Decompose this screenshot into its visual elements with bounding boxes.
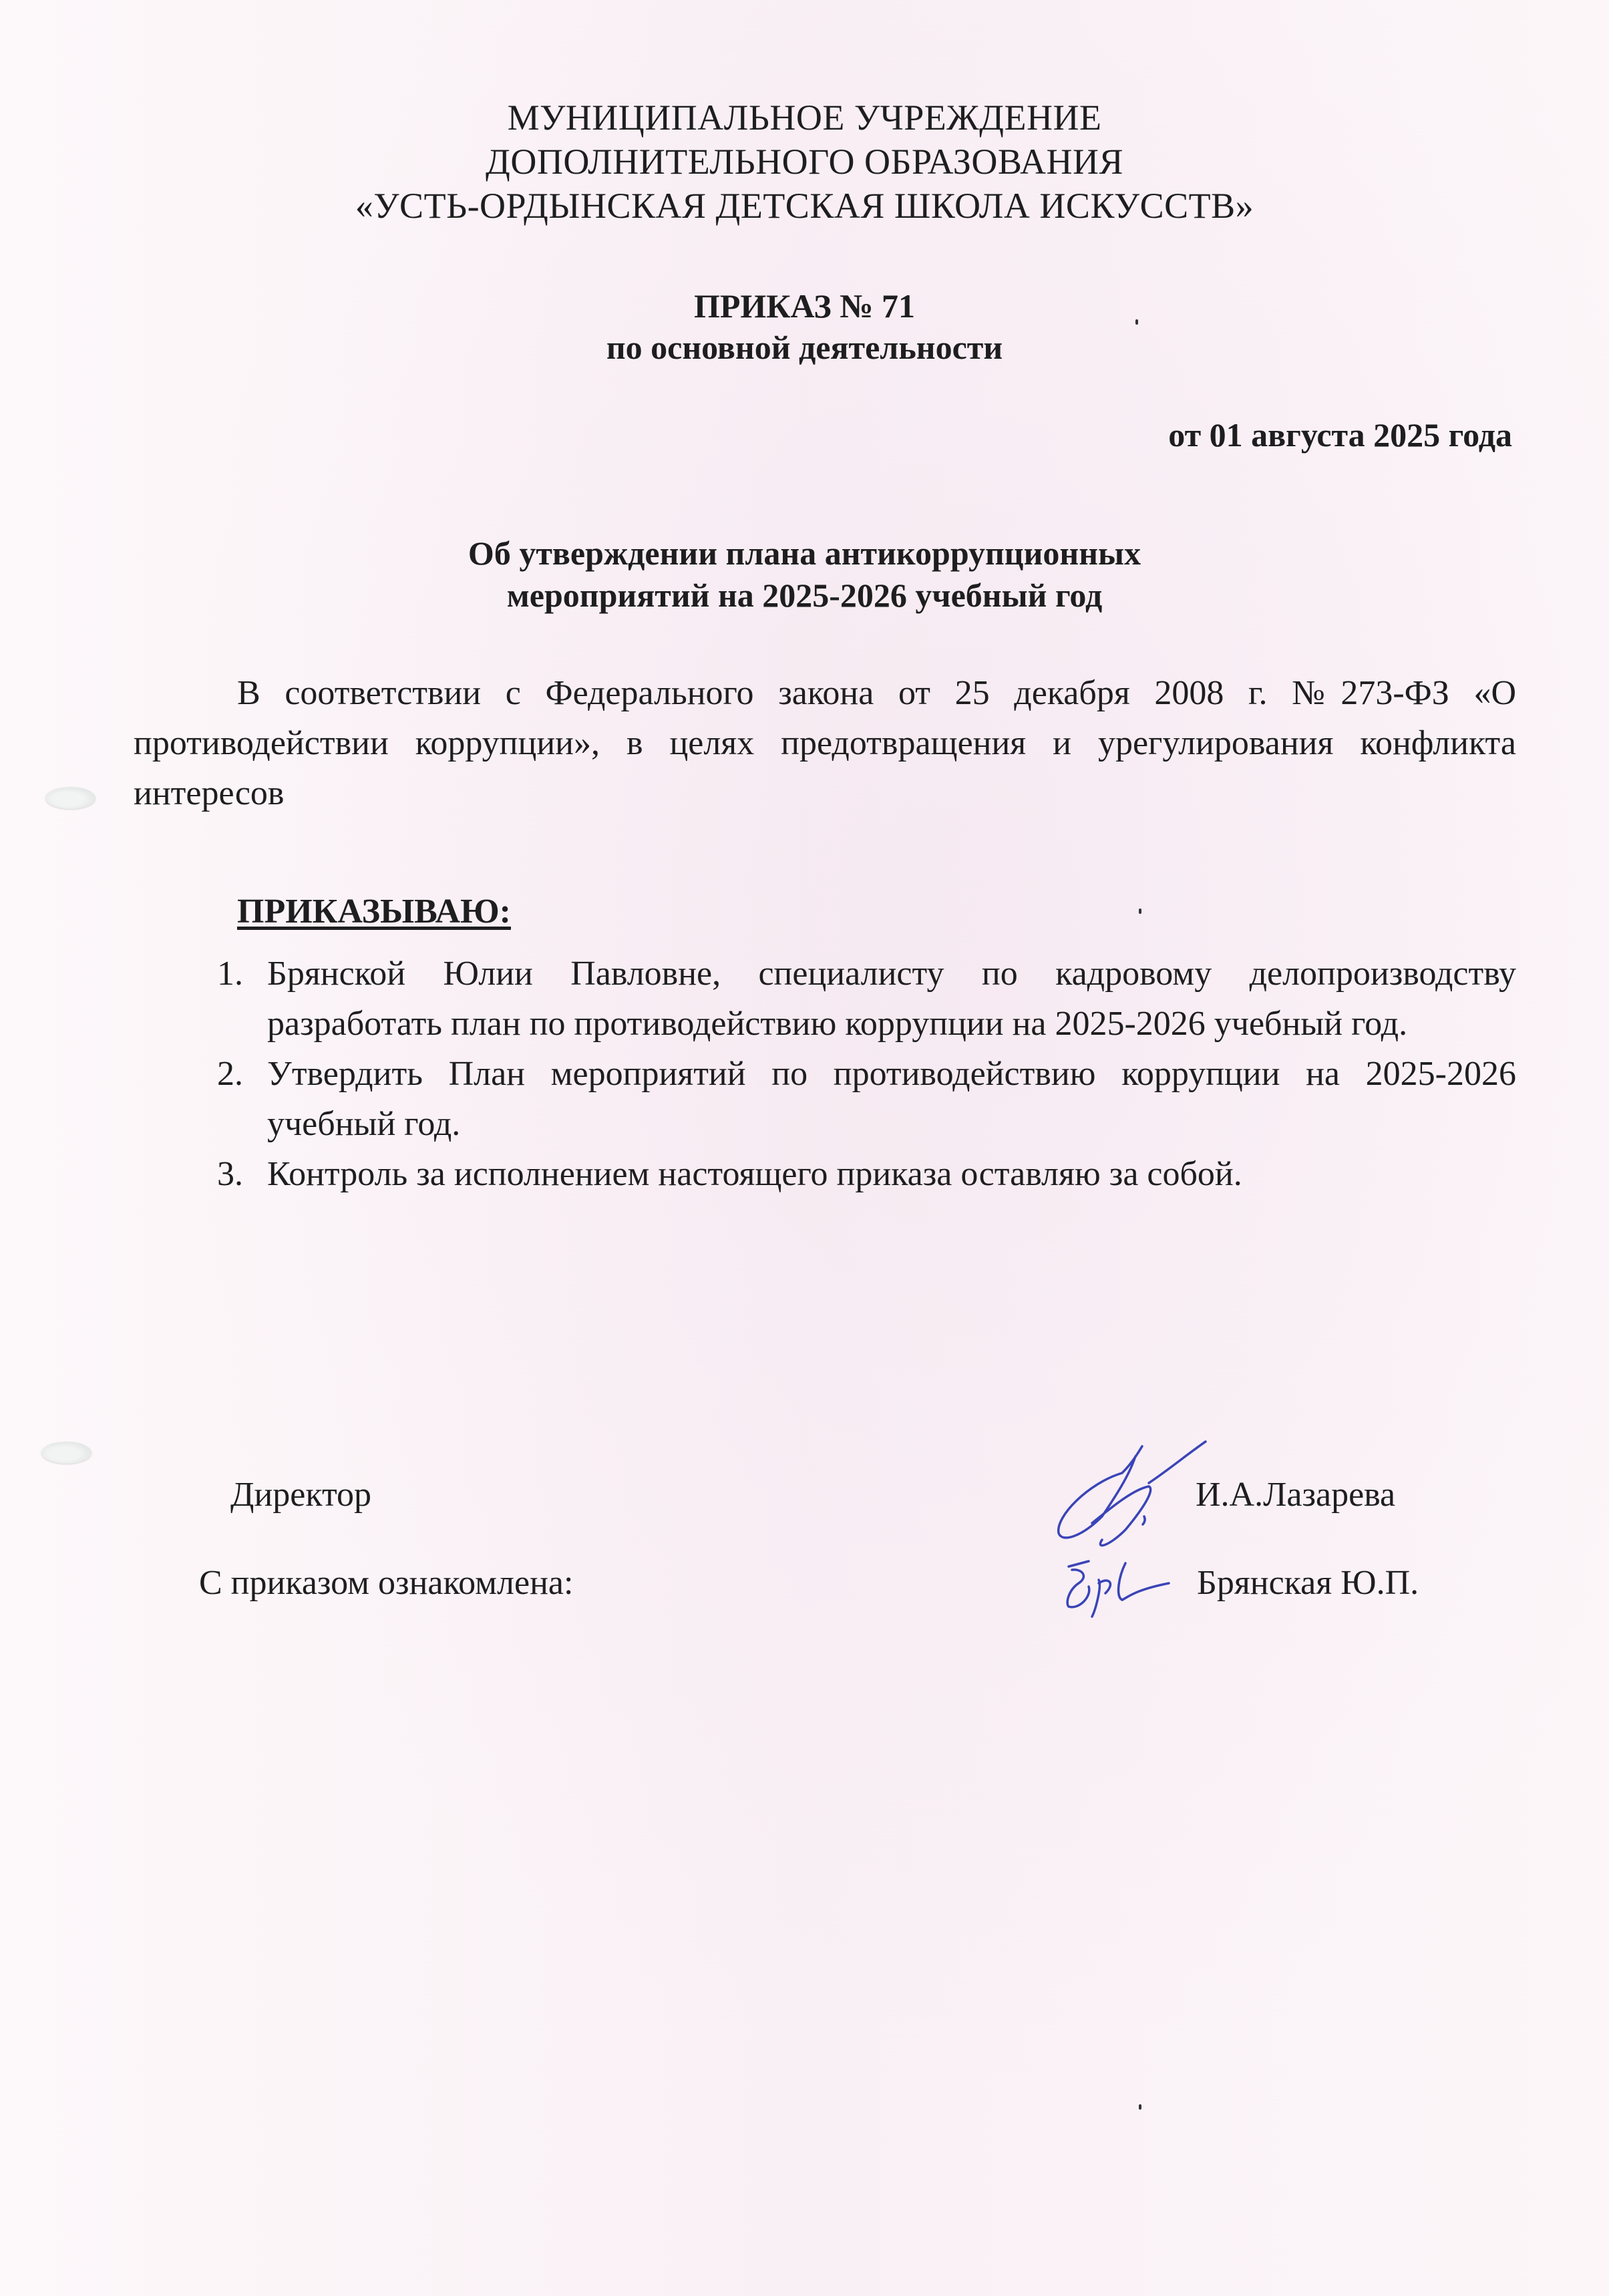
- punch-hole-top: [45, 787, 96, 809]
- org-name-line-1: МУНИЦИПАЛЬНОЕ УЧРЕЖДЕНИЕ: [0, 96, 1609, 140]
- directive-heading: ПРИКАЗЫВАЮ:: [237, 892, 511, 931]
- order-item: 3. Контроль за исполнением настоящего пр…: [217, 1149, 1516, 1199]
- punch-hole-bottom: [41, 1442, 92, 1464]
- order-item: 2. Утвердить План мероприятий по противо…: [217, 1049, 1516, 1149]
- order-item-text: Утвердить План мероприятий по противодей…: [267, 1049, 1516, 1149]
- scan-speck: [1139, 2104, 1141, 2110]
- order-item-text: Брянской Юлии Павловне, специалисту по к…: [267, 949, 1516, 1049]
- order-items-list: 1. Брянской Юлии Павловне, специалисту п…: [217, 949, 1516, 1199]
- scan-speck: [1135, 319, 1138, 325]
- acknowledged-signature-icon: [1062, 1550, 1176, 1623]
- order-item-text: Контроль за исполнением настоящего прика…: [267, 1149, 1516, 1199]
- org-name-line-2: ДОПОЛНИТЕЛЬНОГО ОБРАЗОВАНИЯ: [0, 140, 1609, 184]
- order-item: 1. Брянской Юлии Павловне, специалисту п…: [217, 949, 1516, 1049]
- subject-line-2: мероприятий на 2025-2026 учебный год: [0, 571, 1609, 619]
- director-name: И.А.Лазарева: [1196, 1475, 1395, 1514]
- org-name-line-3: «УСТЬ-ОРДЫНСКАЯ ДЕТСКАЯ ШКОЛА ИСКУССТВ»: [0, 184, 1609, 228]
- scan-speck: [1139, 909, 1141, 914]
- order-item-number: 1.: [217, 949, 267, 1049]
- acknowledged-name: Брянская Ю.П.: [1197, 1563, 1419, 1603]
- preamble-paragraph: В соответствии с Федерального закона от …: [134, 668, 1516, 818]
- subject-line-1: Об утверждении плана антикоррупционных: [0, 529, 1609, 577]
- director-signature-icon: [1002, 1416, 1216, 1563]
- order-date: от 01 августа 2025 года: [1168, 416, 1512, 454]
- acknowledged-label: С приказом ознакомлена:: [199, 1563, 573, 1603]
- order-subtitle: по основной деятельности: [0, 323, 1609, 371]
- order-item-number: 3.: [217, 1149, 267, 1199]
- order-item-number: 2.: [217, 1049, 267, 1149]
- director-label: Директор: [230, 1475, 371, 1514]
